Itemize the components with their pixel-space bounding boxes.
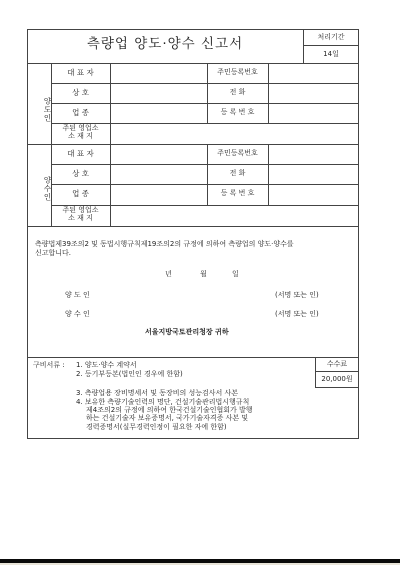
phone-label: 전 화 <box>207 89 268 97</box>
document-item: 하는 건설기술자 보유증명서, 국가기술자격증 사본 및 <box>86 414 248 423</box>
representative-label: 대 표 자 <box>51 69 110 77</box>
representative-label: 대 표 자 <box>51 150 110 158</box>
resident-number-label: 주민등록번호 <box>207 69 268 77</box>
transferor-phone-field[interactable] <box>269 84 358 103</box>
transferee-address-field[interactable] <box>111 206 358 226</box>
transferor-business-type-field[interactable] <box>111 104 207 123</box>
divider <box>27 357 359 358</box>
office-address-label-line2: 소 재 지 <box>51 133 110 141</box>
divider <box>315 371 359 372</box>
document-item: 3. 측량업용 장비명세서 및 동장비의 성능검사서 사본 <box>76 389 238 398</box>
transferee-sign-label: 양 수 인 <box>65 311 90 319</box>
transferor-section-label: 양도인 <box>27 85 51 135</box>
processing-period-value: 14일 <box>303 51 359 59</box>
transferor-registration-field[interactable] <box>269 104 358 123</box>
registration-number-label: 등 록 번 호 <box>207 109 268 117</box>
fee-value: 20,000원 <box>315 376 359 384</box>
form-title: 측량업 양도·양수 신고서 <box>27 37 303 52</box>
transferor-resident-number-field[interactable] <box>269 64 358 83</box>
transferor-signature[interactable]: (서명 또는 인) <box>275 292 319 300</box>
declaration-line2: 신고합니다. <box>35 249 71 259</box>
date-month: 월 <box>200 271 207 279</box>
document-item: 1. 양도·양수 계약서 <box>76 361 137 370</box>
date-day: 일 <box>232 271 239 279</box>
company-name-label: 상 호 <box>51 89 110 97</box>
transferee-business-type-field[interactable] <box>111 185 207 205</box>
transferor-representative-field[interactable] <box>111 64 207 83</box>
fee-label: 수수료 <box>315 361 359 369</box>
transferee-company-field[interactable] <box>111 165 207 184</box>
date-year: 년 <box>165 271 172 279</box>
transferee-signature[interactable]: (서명 또는 인) <box>275 311 319 319</box>
business-type-label: 업 종 <box>51 109 110 117</box>
transferee-section-label: 양수인 <box>27 164 51 214</box>
office-address-label-line2: 소 재 지 <box>51 215 110 223</box>
recipient: 서울지방국토관리청장 귀하 <box>145 329 229 337</box>
document-item: 경력증명서(실무경력인정이 필요한 자에 한함) <box>86 423 227 432</box>
transferee-phone-field[interactable] <box>269 165 358 184</box>
documents-label: 구비서류 : <box>33 361 65 370</box>
divider <box>303 45 359 46</box>
transferee-registration-field[interactable] <box>269 185 358 205</box>
phone-label: 전 화 <box>207 170 268 178</box>
registration-number-label: 등 록 번 호 <box>207 190 268 198</box>
declaration-line1: 측량법제39조의2 및 동법시행규칙제19조의2의 규정에 의하여 측량업의 양… <box>35 240 355 250</box>
transferor-address-field[interactable] <box>111 124 358 144</box>
transferor-company-field[interactable] <box>111 84 207 103</box>
divider <box>315 387 359 388</box>
document-item: 2. 등기부등본(법인인 경우에 한함) <box>76 370 183 379</box>
business-type-label: 업 종 <box>51 190 110 198</box>
processing-period-label: 처리기간 <box>303 34 359 42</box>
transferor-sign-label: 양 도 인 <box>65 292 90 300</box>
divider <box>27 226 359 227</box>
transferee-representative-field[interactable] <box>111 145 207 164</box>
company-name-label: 상 호 <box>51 170 110 178</box>
resident-number-label: 주민등록번호 <box>207 150 268 158</box>
transferee-resident-number-field[interactable] <box>269 145 358 164</box>
